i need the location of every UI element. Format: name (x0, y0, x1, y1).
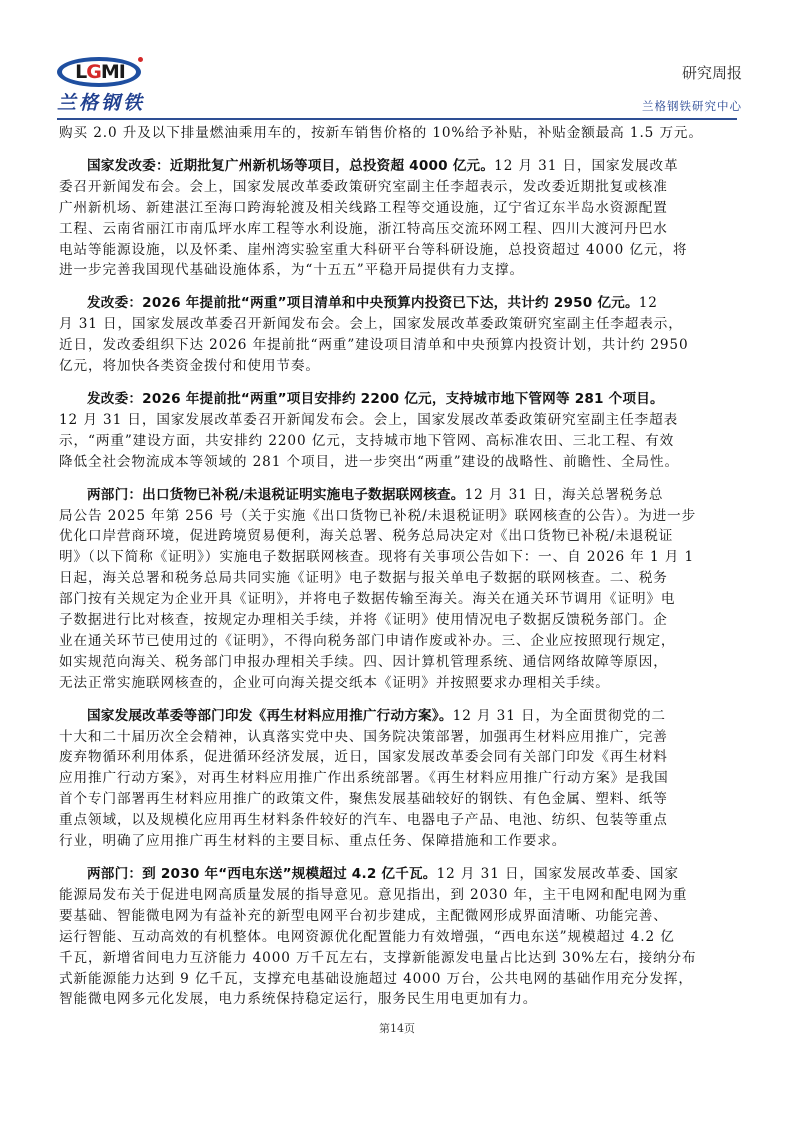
logo-dot-icon (138, 57, 143, 62)
text-line: 12 月 31 日，国家发展改革委召开新闻发布会。会上，国家发展改革委政策研究室… (59, 410, 735, 431)
paragraph-heading: 两部门：出口货物已补税/未退税证明实施电子数据联网核查。 (87, 487, 465, 503)
text-line: 委召开新闻发布会。会上，国家发展改革委政策研究室副主任李超表示，发改委近期批复或… (59, 177, 735, 198)
text-line: 亿元，将加快各类资金拨付和使用节奏。 (59, 356, 735, 377)
header-divider (57, 118, 737, 120)
paragraph-heading: 发改委：2026 年提前批“两重”项目安排约 2200 亿元，支持城市地下管网等… (87, 391, 664, 407)
paragraph: 发改委：2026 年提前批“两重”项目安排约 2200 亿元，支持城市地下管网等… (59, 389, 735, 473)
text-run: 12 月 31 日，国家发展改革 (494, 158, 678, 174)
text-line: 购买 2.0 升及以下排量燃油乘用车的，按新车销售价格的 10%给予补贴，补贴金… (59, 123, 735, 144)
text-line: 行业，明确了应用推广再生材料的主要目标、重点任务、保障措施和工作要求。 (59, 831, 735, 852)
text-line: 运行智能、互动高效的有机整体。电网资源优化配置能力有效增强，“西电东送”规模超过… (59, 927, 735, 948)
text-line: 电站等能源设施，以及怀柔、崖州湾实验室重大科研平台等科研设施，总投资超过 400… (59, 240, 735, 261)
text-line: 广州新机场、新建湛江至海口跨海轮渡及相关线路工程等交通设施，辽宁省辽东半岛水资源… (59, 198, 735, 219)
text-line: 发改委：2026 年提前批“两重”项目安排约 2200 亿元，支持城市地下管网等… (59, 389, 735, 410)
text-line: 明》（以下简称《证明》）实施电子数据联网核查。现将有关事项公告如下：一、自 20… (59, 547, 735, 568)
text-line: 智能微电网多元化发展，电力系统保持稳定运行，服务民生用电更加有力。 (59, 989, 735, 1010)
text-line: 降低全社会物流成本等领域的 281 个项目，进一步突出“两重”建设的战略性、前瞻… (59, 452, 735, 473)
text-line: 要基础、智能微电网为有益补充的新型电网平台初步建成，主配微网形成界面清晰、功能完… (59, 906, 735, 927)
text-run: 12 月 31 日，海关总署税务总 (465, 487, 664, 503)
paragraph: 购买 2.0 升及以下排量燃油乘用车的，按新车销售价格的 10%给予补贴，补贴金… (59, 123, 735, 144)
paragraph: 发改委：2026 年提前批“两重”项目清单和中央预算内投资已下达，共计约 295… (59, 293, 735, 377)
text-run: 12 月 31 日，国家发展改革委、国家 (437, 866, 679, 882)
text-line: 首个专门部署再生材料应用推广的政策文件，聚焦发展基础较好的钢铁、有色金属、塑料、… (59, 789, 735, 810)
text-line: 十大和二十届历次全会精神，认真落实党中央、国务院决策部署，加强再生材料应用推广，… (59, 727, 735, 748)
logo-letters: LGMI (63, 60, 137, 84)
logo-letter: G (86, 61, 101, 83)
paragraph-heading: 国家发改委：近期批复广州新机场等项目，总投资超 4000 亿元。 (87, 158, 494, 174)
paragraph: 两部门：出口货物已补税/未退税证明实施电子数据联网核查。12 月 31 日，海关… (59, 485, 735, 694)
text-line: 近日，发改委组织下达 2026 年提前批“两重”建设项目清单和中央预算内投资计划… (59, 335, 735, 356)
company-logo: LGMI 兰格钢铁 (57, 57, 152, 117)
text-line: 发改委：2026 年提前批“两重”项目清单和中央预算内投资已下达，共计约 295… (59, 293, 735, 314)
article-body: 购买 2.0 升及以下排量燃油乘用车的，按新车销售价格的 10%给予补贴，补贴金… (59, 123, 735, 1010)
text-line: 两部门：到 2030 年“西电东送”规模超过 4.2 亿千瓦。12 月 31 日… (59, 864, 735, 885)
text-line: 日起，海关总署和税务总局共同实施《证明》电子数据与报关单电子数据的联网核查。二、… (59, 568, 735, 589)
logo-letter: I (119, 61, 125, 83)
text-line: 重点领域，以及规模化应用再生材料条件较好的汽车、电器电子产品、电池、纺织、包装等… (59, 810, 735, 831)
paragraph: 国家发展改革委等部门印发《再生材料应用推广行动方案》。12 月 31 日，为全面… (59, 706, 735, 852)
document-page: LGMI 兰格钢铁 研究周报 兰格钢铁研究中心 购买 2.0 升及以下排量燃油乘… (0, 0, 794, 1122)
text-run: 12 (639, 295, 658, 311)
text-line: 月 31 日，国家发展改革委召开新闻发布会。会上，国家发展改革委政策研究室副主任… (59, 314, 735, 335)
text-line: 无法正常实施联网核查的，企业可向海关提交纸本《证明》并按照要求办理相关手续。 (59, 673, 735, 694)
page-number: 第14页 (0, 1020, 794, 1036)
text-line: 式新能源能力达到 9 亿千瓦，支撑充电基础设施超过 4000 万台，公共电网的基… (59, 969, 735, 990)
paragraph: 国家发改委：近期批复广州新机场等项目，总投资超 4000 亿元。12 月 31 … (59, 156, 735, 281)
report-subtitle: 兰格钢铁研究中心 (642, 98, 742, 114)
text-run: 12 月 31 日，为全面贯彻党的二 (453, 708, 666, 724)
logo-company-name: 兰格钢铁 (57, 91, 145, 115)
text-line: 局公告 2025 年第 256 号（关于实施《出口货物已补税/未退税证明》联网核… (59, 506, 735, 527)
paragraph: 两部门：到 2030 年“西电东送”规模超过 4.2 亿千瓦。12 月 31 日… (59, 864, 735, 1010)
text-line: 示，“两重”建设方面，共安排约 2200 亿元，支持城市地下管网、高标准农田、三… (59, 431, 735, 452)
paragraph-heading: 两部门：到 2030 年“西电东送”规模超过 4.2 亿千瓦。 (87, 866, 437, 882)
text-line: 部门按有关规定为企业开具《证明》，并将电子数据传输至海关。海关在通关环节调用《证… (59, 589, 735, 610)
logo-letter: L (75, 61, 86, 83)
text-line: 如实规范向海关、税务部门申报办理相关手续。四、因计算机管理系统、通信网络故障等原… (59, 652, 735, 673)
text-line: 废弃物循环利用体系，促进循环经济发展，近日，国家发展改革委会同有关部门印发《再生… (59, 747, 735, 768)
logo-letter: M (101, 61, 119, 83)
text-line: 两部门：出口货物已补税/未退税证明实施电子数据联网核查。12 月 31 日，海关… (59, 485, 735, 506)
text-line: 国家发改委：近期批复广州新机场等项目，总投资超 4000 亿元。12 月 31 … (59, 156, 735, 177)
text-line: 能源局发布关于促进电网高质量发展的指导意见。意见指出，到 2030 年，主干电网… (59, 885, 735, 906)
text-line: 子数据进行比对核查，按规定办理相关手续，并将《证明》使用情况电子数据反馈税务部门… (59, 610, 735, 631)
text-line: 优化口岸营商环境，促进跨境贸易便利，海关总署、税务总局决定对《出口货物已补税/未… (59, 526, 735, 547)
text-line: 工程、云南省丽江市南瓜坪水库工程等水利设施，浙江特高压交流环网工程、四川大渡河丹… (59, 219, 735, 240)
report-title: 研究周报 (682, 63, 742, 83)
text-line: 业在通关环节已使用过的《证明》，不得向税务部门申请作废或补办。三、企业应按照现行… (59, 631, 735, 652)
text-line: 国家发展改革委等部门印发《再生材料应用推广行动方案》。12 月 31 日，为全面… (59, 706, 735, 727)
paragraph-heading: 国家发展改革委等部门印发《再生材料应用推广行动方案》。 (87, 708, 453, 724)
text-line: 应用推广行动方案》，对再生材料应用推广作出系统部署。《再生材料应用推广行动方案》… (59, 768, 735, 789)
paragraph-heading: 发改委：2026 年提前批“两重”项目清单和中央预算内投资已下达，共计约 295… (87, 295, 639, 311)
text-line: 进一步完善我国现代基础设施体系，为“十五五”平稳开局提供有力支撑。 (59, 260, 735, 281)
text-line: 千瓦，新增省间电力互济能力 4000 万千瓦左右，支撑新能源发电量占比达到 30… (59, 948, 735, 969)
